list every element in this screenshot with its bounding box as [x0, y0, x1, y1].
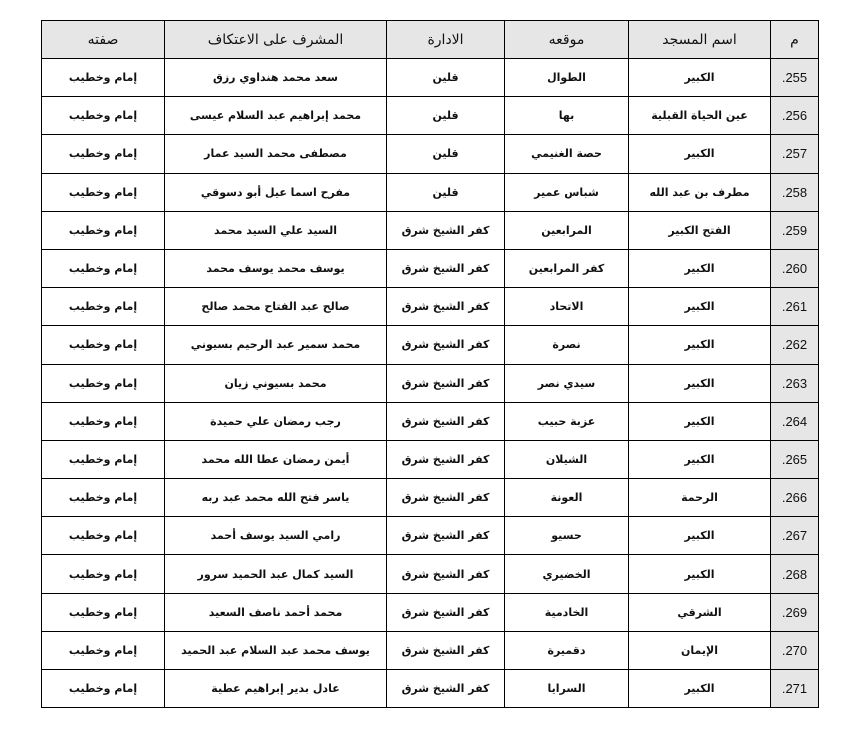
cell-mosque-name: الرحمة — [629, 479, 771, 517]
cell-role: إمام وخطيب — [42, 59, 165, 97]
cell-role: إمام وخطيب — [42, 631, 165, 669]
cell-mosque-name: الكبير — [629, 517, 771, 555]
cell-mosque-name: الإيمان — [629, 631, 771, 669]
cell-location: دقميرة — [505, 631, 629, 669]
cell-mosque-name: الكبير — [629, 402, 771, 440]
cell-mosque-name: عين الحياة القبلية — [629, 97, 771, 135]
cell-supervisor: السيد علي السيد محمد — [165, 211, 387, 249]
cell-administration: قلين — [387, 97, 505, 135]
table-row: .267الكبيرحسيوكفر الشيخ شرقرامي السيد يو… — [42, 517, 819, 555]
cell-role: إمام وخطيب — [42, 670, 165, 708]
cell-mosque-name: الكبير — [629, 249, 771, 287]
table-row: .270الإيماندقميرةكفر الشيخ شرقيوسف محمد … — [42, 631, 819, 669]
cell-administration: كفر الشيخ شرق — [387, 326, 505, 364]
cell-supervisor: عادل بدير إبراهيم عطية — [165, 670, 387, 708]
table-row: .271الكبيرالسراياكفر الشيخ شرقعادل بدير … — [42, 670, 819, 708]
cell-role: إمام وخطيب — [42, 364, 165, 402]
cell-supervisor: محمد سمير عبد الرحيم بسيوني — [165, 326, 387, 364]
cell-administration: كفر الشيخ شرق — [387, 402, 505, 440]
cell-administration: قلين — [387, 59, 505, 97]
table-row: .269الشرقيالخادميةكفر الشيخ شرقمحمد أحمد… — [42, 593, 819, 631]
cell-mosque-name: مطرف بن عبد الله — [629, 173, 771, 211]
cell-supervisor: مصطفى محمد السيد عمار — [165, 135, 387, 173]
header-num: م — [771, 21, 819, 59]
cell-location: حسيو — [505, 517, 629, 555]
cell-administration: كفر الشيخ شرق — [387, 211, 505, 249]
table-row: .255الكبيرالطوالقلينسعد محمد هنداوي رزقإ… — [42, 59, 819, 97]
cell-supervisor: رجب رمضان علي حميدة — [165, 402, 387, 440]
cell-num: .259 — [771, 211, 819, 249]
cell-num: .260 — [771, 249, 819, 287]
cell-num: .271 — [771, 670, 819, 708]
cell-role: إمام وخطيب — [42, 135, 165, 173]
cell-role: إمام وخطيب — [42, 593, 165, 631]
cell-mosque-name: الشرقي — [629, 593, 771, 631]
cell-num: .256 — [771, 97, 819, 135]
cell-supervisor: السيد كمال عبد الحميد سرور — [165, 555, 387, 593]
table-row: .256عين الحياة القبليةبهاقلينمحمد إبراهي… — [42, 97, 819, 135]
cell-role: إمام وخطيب — [42, 173, 165, 211]
cell-num: .264 — [771, 402, 819, 440]
cell-role: إمام وخطيب — [42, 555, 165, 593]
cell-mosque-name: الفتح الكبير — [629, 211, 771, 249]
cell-administration: كفر الشيخ شرق — [387, 364, 505, 402]
cell-location: الاتحاد — [505, 288, 629, 326]
table-row: .257الكبيرحصة الغنيميقلينمصطفى محمد السي… — [42, 135, 819, 173]
cell-supervisor: ياسر فتح الله محمد عبد ربه — [165, 479, 387, 517]
header-row: م اسم المسجد موقعه الادارة المشرف على ال… — [42, 21, 819, 59]
cell-role: إمام وخطيب — [42, 517, 165, 555]
cell-num: .267 — [771, 517, 819, 555]
cell-location: كفر المرابعين — [505, 249, 629, 287]
cell-location: السرايا — [505, 670, 629, 708]
cell-supervisor: محمد إبراهيم عبد السلام عيسى — [165, 97, 387, 135]
cell-mosque-name: الكبير — [629, 440, 771, 478]
table-row: .266الرحمةالعونةكفر الشيخ شرقياسر فتح ال… — [42, 479, 819, 517]
cell-mosque-name: الكبير — [629, 59, 771, 97]
cell-role: إمام وخطيب — [42, 326, 165, 364]
cell-supervisor: يوسف محمد يوسف محمد — [165, 249, 387, 287]
cell-location: الخضيري — [505, 555, 629, 593]
cell-num: .262 — [771, 326, 819, 364]
cell-administration: كفر الشيخ شرق — [387, 479, 505, 517]
cell-role: إمام وخطيب — [42, 402, 165, 440]
cell-administration: كفر الشيخ شرق — [387, 440, 505, 478]
table-row: .259الفتح الكبيرالمرابعينكفر الشيخ شرقال… — [42, 211, 819, 249]
cell-num: .255 — [771, 59, 819, 97]
cell-role: إمام وخطيب — [42, 440, 165, 478]
cell-administration: قلين — [387, 173, 505, 211]
cell-location: بها — [505, 97, 629, 135]
cell-num: .258 — [771, 173, 819, 211]
cell-location: المرابعين — [505, 211, 629, 249]
header-location: موقعه — [505, 21, 629, 59]
table-row: .264الكبيرعزبة حبيبكفر الشيخ شرقرجب رمضا… — [42, 402, 819, 440]
cell-supervisor: محمد بسيوني زيان — [165, 364, 387, 402]
cell-supervisor: مفرح اسما عيل أبو دسوقي — [165, 173, 387, 211]
cell-location: نصرة — [505, 326, 629, 364]
cell-mosque-name: الكبير — [629, 135, 771, 173]
table-row: .260الكبيركفر المرابعينكفر الشيخ شرقيوسف… — [42, 249, 819, 287]
cell-administration: كفر الشيخ شرق — [387, 249, 505, 287]
cell-role: إمام وخطيب — [42, 479, 165, 517]
table-row: .268الكبيرالخضيريكفر الشيخ شرقالسيد كمال… — [42, 555, 819, 593]
cell-supervisor: محمد أحمد ناصف السعيد — [165, 593, 387, 631]
cell-num: .257 — [771, 135, 819, 173]
cell-mosque-name: الكبير — [629, 288, 771, 326]
cell-num: .268 — [771, 555, 819, 593]
cell-administration: كفر الشيخ شرق — [387, 593, 505, 631]
cell-administration: قلين — [387, 135, 505, 173]
cell-location: حصة الغنيمي — [505, 135, 629, 173]
cell-role: إمام وخطيب — [42, 249, 165, 287]
cell-location: الخادمية — [505, 593, 629, 631]
cell-location: عزبة حبيب — [505, 402, 629, 440]
cell-supervisor: رامي السيد يوسف أحمد — [165, 517, 387, 555]
cell-administration: كفر الشيخ شرق — [387, 555, 505, 593]
cell-num: .265 — [771, 440, 819, 478]
cell-mosque-name: الكبير — [629, 326, 771, 364]
table-row: .261الكبيرالاتحادكفر الشيخ شرقصالح عبد ا… — [42, 288, 819, 326]
cell-supervisor: يوسف محمد عبد السلام عبد الحميد — [165, 631, 387, 669]
table-row: .263الكبيرسيدي نصركفر الشيخ شرقمحمد بسيو… — [42, 364, 819, 402]
cell-location: الشيلان — [505, 440, 629, 478]
cell-mosque-name: الكبير — [629, 555, 771, 593]
cell-location: شباس عمير — [505, 173, 629, 211]
table-row: .262الكبيرنصرةكفر الشيخ شرقمحمد سمير عبد… — [42, 326, 819, 364]
table-row: .258مطرف بن عبد اللهشباس عميرقلينمفرح اس… — [42, 173, 819, 211]
cell-num: .266 — [771, 479, 819, 517]
cell-num: .263 — [771, 364, 819, 402]
cell-num: .269 — [771, 593, 819, 631]
header-supervisor: المشرف على الاعتكاف — [165, 21, 387, 59]
cell-supervisor: أيمن رمضان عطا الله محمد — [165, 440, 387, 478]
cell-location: العونة — [505, 479, 629, 517]
cell-role: إمام وخطيب — [42, 97, 165, 135]
cell-location: الطوال — [505, 59, 629, 97]
cell-administration: كفر الشيخ شرق — [387, 288, 505, 326]
header-role: صفته — [42, 21, 165, 59]
cell-role: إمام وخطيب — [42, 288, 165, 326]
cell-mosque-name: الكبير — [629, 670, 771, 708]
header-mosque-name: اسم المسجد — [629, 21, 771, 59]
cell-num: .261 — [771, 288, 819, 326]
cell-supervisor: سعد محمد هنداوي رزق — [165, 59, 387, 97]
cell-administration: كفر الشيخ شرق — [387, 670, 505, 708]
cell-location: سيدي نصر — [505, 364, 629, 402]
cell-role: إمام وخطيب — [42, 211, 165, 249]
cell-administration: كفر الشيخ شرق — [387, 631, 505, 669]
cell-mosque-name: الكبير — [629, 364, 771, 402]
mosque-supervisors-table: م اسم المسجد موقعه الادارة المشرف على ال… — [41, 20, 819, 708]
cell-num: .270 — [771, 631, 819, 669]
cell-supervisor: صالح عبد الفتاح محمد صالح — [165, 288, 387, 326]
cell-administration: كفر الشيخ شرق — [387, 517, 505, 555]
header-administration: الادارة — [387, 21, 505, 59]
table-row: .265الكبيرالشيلانكفر الشيخ شرقأيمن رمضان… — [42, 440, 819, 478]
